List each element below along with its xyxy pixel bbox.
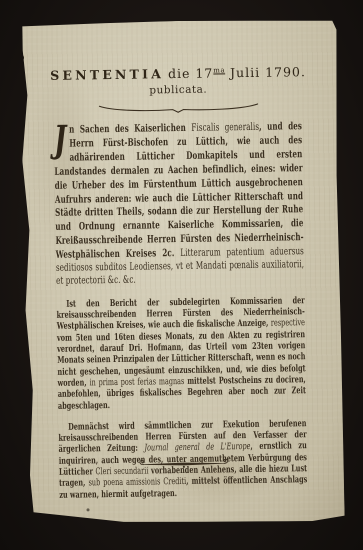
text-segment: respective: [271, 318, 305, 330]
text-segment: n Sachen des Kaiserlichen: [69, 122, 191, 136]
title-subheading: publicata.: [17, 82, 339, 99]
document-body: Jn Sachen des Kaiserlichen Fiscalis gene…: [54, 120, 308, 501]
ink-speck: [17, 170, 23, 185]
text-segment: , und des Herrn Fürst-Bischofen zu Lütti…: [54, 120, 303, 261]
paragraph-ist-den-bericht: Ist den Bericht der subdelegirten Kommis…: [56, 295, 306, 412]
text-segment: Fiscalis generalis: [191, 122, 259, 134]
tail-rule-ornament: [136, 456, 232, 471]
title-date-rest: Julii 1790.: [225, 64, 306, 80]
ink-speck: [19, 196, 24, 208]
title-word-sententia: SENTENTIA: [50, 66, 164, 83]
document-page: SENTENTIA die 17ma Julii 1790. publicata…: [16, 16, 346, 529]
drop-cap-initial: J: [54, 124, 70, 152]
title-date-superscript: ma: [213, 66, 225, 74]
text-segment: Ist den Bericht der subdelegirten Kommis…: [57, 295, 305, 332]
title-date-prefix: die 17: [168, 65, 213, 81]
title-line: SENTENTIA die 17ma Julii 1790.: [17, 64, 339, 84]
scan-background: SENTENTIA die 17ma Julii 1790. publicata…: [0, 0, 363, 550]
page-title: SENTENTIA die 17ma Julii 1790. publicata…: [17, 64, 340, 116]
paragraph-in-sachen: Jn Sachen des Kaiserlichen Fiscalis gene…: [54, 120, 305, 289]
brace-rule-ornament: [97, 102, 261, 114]
